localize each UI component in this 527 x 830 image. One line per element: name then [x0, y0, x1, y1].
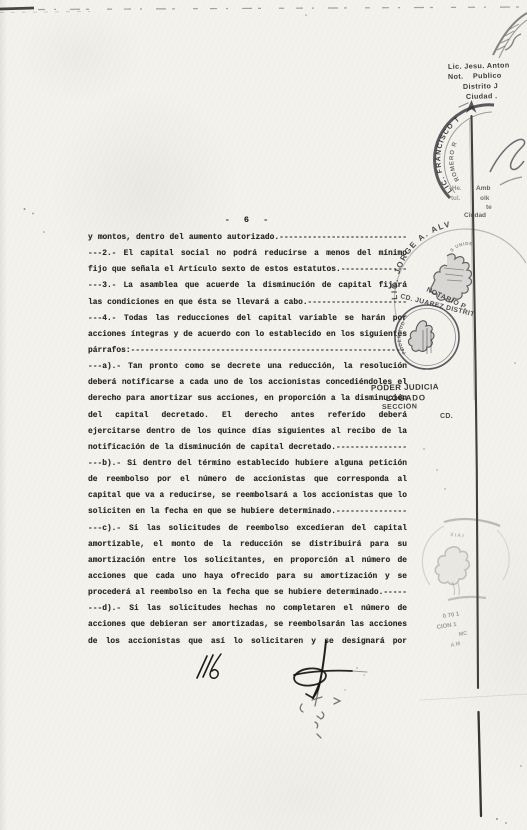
text-line: acciones que cada uno haya ofrecido para… [88, 569, 407, 585]
fold-line-lower [479, 712, 482, 816]
seal-francisco-outer-ring [435, 105, 494, 198]
seal-francisco: LIC. FRANCISCO T ROMERO R [435, 105, 525, 198]
text-line: de reembolso por el número de accionista… [88, 472, 407, 488]
text-line: fijo que señala el Artículo sexto de est… [88, 262, 407, 278]
initials-loop [210, 654, 221, 678]
text-line: y montos, dentro del aumento autorizado.… [88, 230, 407, 246]
seal-jorge-top-text: S UNIDE [449, 241, 473, 253]
fragment-olk: olk [480, 195, 490, 202]
notary-info-line1: Lic. Jesu. Anton [448, 60, 510, 71]
fragment-amb: Amb [476, 185, 490, 192]
seal-francisco-signature-scribble [490, 139, 525, 172]
faint-seal-top-band [444, 519, 500, 526]
faint-seal-right-arc [497, 530, 509, 580]
page-number: - 6 - [88, 215, 407, 225]
text-line: ---a).- Tan pronto como se decrete una r… [88, 359, 407, 375]
initials-stroke2 [203, 655, 213, 677]
fold-line-arrowhead [466, 100, 477, 113]
svg-text:S UNIDE: S UNIDE [449, 241, 473, 253]
eagle-hatch [444, 268, 464, 281]
text-line: ---4.- Todas las reducciones del capital… [88, 311, 407, 327]
text-line: ---d).- Si las solicitudes hechas no com… [88, 601, 407, 617]
fold-line-ghost [470, 120, 475, 400]
notary-info-line2: Not. Publico [448, 71, 502, 81]
faint-seal-bottom-band [448, 597, 486, 600]
faint-seal-frag4: A M [450, 641, 461, 649]
eagle-emblem-small [408, 321, 434, 352]
text-line: ---b).- Si dentro del término establecid… [88, 456, 407, 472]
signature-bar-tail [352, 671, 367, 672]
signature [293, 641, 367, 738]
fold-line-upper [472, 116, 479, 688]
scan-line-dashed [38, 7, 526, 10]
fragment-tul: tul. [451, 195, 461, 202]
text-line: acciones que debieran ser amortizadas, s… [88, 617, 407, 633]
signature-horizontal-bar [294, 671, 352, 675]
text-line: procederá al reembolso en la fecha que s… [88, 585, 407, 601]
fragment-he: He. [452, 185, 462, 192]
svg-text:ROMERO R: ROMERO R [449, 141, 461, 182]
fold-line-tick [459, 103, 468, 107]
text-line: ejercitarse dentro de los quince días si… [88, 424, 407, 440]
signature-dot-cluster [344, 667, 365, 691]
text-line: párrafos:-------------------------------… [88, 343, 407, 359]
signature-smudges [300, 692, 340, 738]
seal-jorge-district-text: CD. JUAREZ DISTRIT [400, 293, 476, 318]
text-line: capital que va a reducirse, se reembolsa… [88, 488, 407, 504]
text-line: deberá notificarse a cada uno de los acc… [88, 375, 407, 391]
scan-line-solid [0, 8, 34, 9]
signature-ellipse [293, 667, 327, 687]
text-line: ---3.- La asamblea que acuerde la dismin… [88, 278, 407, 294]
text-line: ---c).- Si las solicitudes de reembolso … [88, 521, 407, 537]
text-line: notificación de la disminución de capita… [88, 440, 407, 456]
faint-seal-frag2: CION 1 [436, 622, 457, 631]
eagle-emblem [431, 254, 472, 302]
scan-line-faint [0, 12, 90, 13]
page-fold-line [420, 100, 527, 816]
notary-info-line4: Ciudad . [466, 91, 498, 101]
crease-line [420, 694, 527, 700]
notary-info-stamp: Lic. Jesu. Anton Not. Publico Distrito J… [448, 60, 510, 101]
scanned-document-page: - 6 - y montos, dentro del aumento autor… [0, 0, 527, 830]
document-body: y montos, dentro del aumento autorizado.… [88, 230, 407, 650]
text-line: amortización entre los solicitantes, en … [88, 553, 407, 569]
seal-faint: X I A I 0 70 1 CION 1 MC A M [422, 519, 509, 649]
text-line: acciones íntegras y de acuerdo con lo es… [88, 327, 407, 343]
fragment-ciudad: Ciudad [464, 212, 486, 219]
seal-francisco-inner-ring [444, 112, 492, 193]
handwritten-initials [197, 654, 221, 678]
margin-stamp-fragments: He. Amb tul. olk te Ciudad [451, 185, 492, 219]
faint-seal-frag1: 0 70 1 [442, 611, 460, 620]
svg-text:LIC. FRANCISCO T: LIC. FRANCISCO T [435, 116, 462, 194]
faint-seal-left-arc [422, 526, 444, 585]
text-line: de los accionistas que así lo solicitare… [88, 634, 407, 650]
faint-eagle-emblem [435, 547, 469, 585]
fragment-te: te [486, 204, 492, 211]
signature-hook [306, 682, 320, 698]
seal-francisco-scribble2 [500, 177, 522, 185]
faint-eagle-tail [452, 582, 459, 595]
seal-jorge: LIC. JORGE A. ALV S UNIDE NOTARIO P. CD.… [390, 220, 526, 319]
text-line: derecho para amortizar sus acciones, en … [88, 391, 407, 407]
text-line: del capital decretado. El derecho antes … [88, 408, 407, 424]
text-line: ---2.- El capital social no podrá reduci… [88, 246, 407, 262]
notary-info-line3: Distrito J [463, 81, 498, 91]
seal-francisco-inner-text: ROMERO R [449, 141, 461, 182]
seal-jorge-ring [394, 229, 526, 315]
text-line: soliciten en la fecha en que se hubiere … [88, 504, 407, 520]
office-stamp-line4: CD. [440, 413, 453, 420]
seal-poder-inner-ring [399, 309, 456, 366]
text-line: las condiciones en que ésta se llevará a… [88, 295, 407, 311]
corner-stamp-scribble [493, 13, 527, 58]
faint-seal-frag3: MC [458, 631, 467, 638]
seal-jorge-notario-text: NOTARIO P. [425, 286, 468, 311]
seal-francisco-arc-text: LIC. FRANCISCO T [435, 116, 462, 194]
top-scan-streak [0, 7, 526, 13]
initials-stroke1 [197, 656, 207, 678]
faint-seal-top-text: X I A I [450, 532, 465, 539]
text-line: amortizable, el monto de la reducción se… [88, 537, 407, 553]
eagle-hatch-small [423, 328, 431, 354]
